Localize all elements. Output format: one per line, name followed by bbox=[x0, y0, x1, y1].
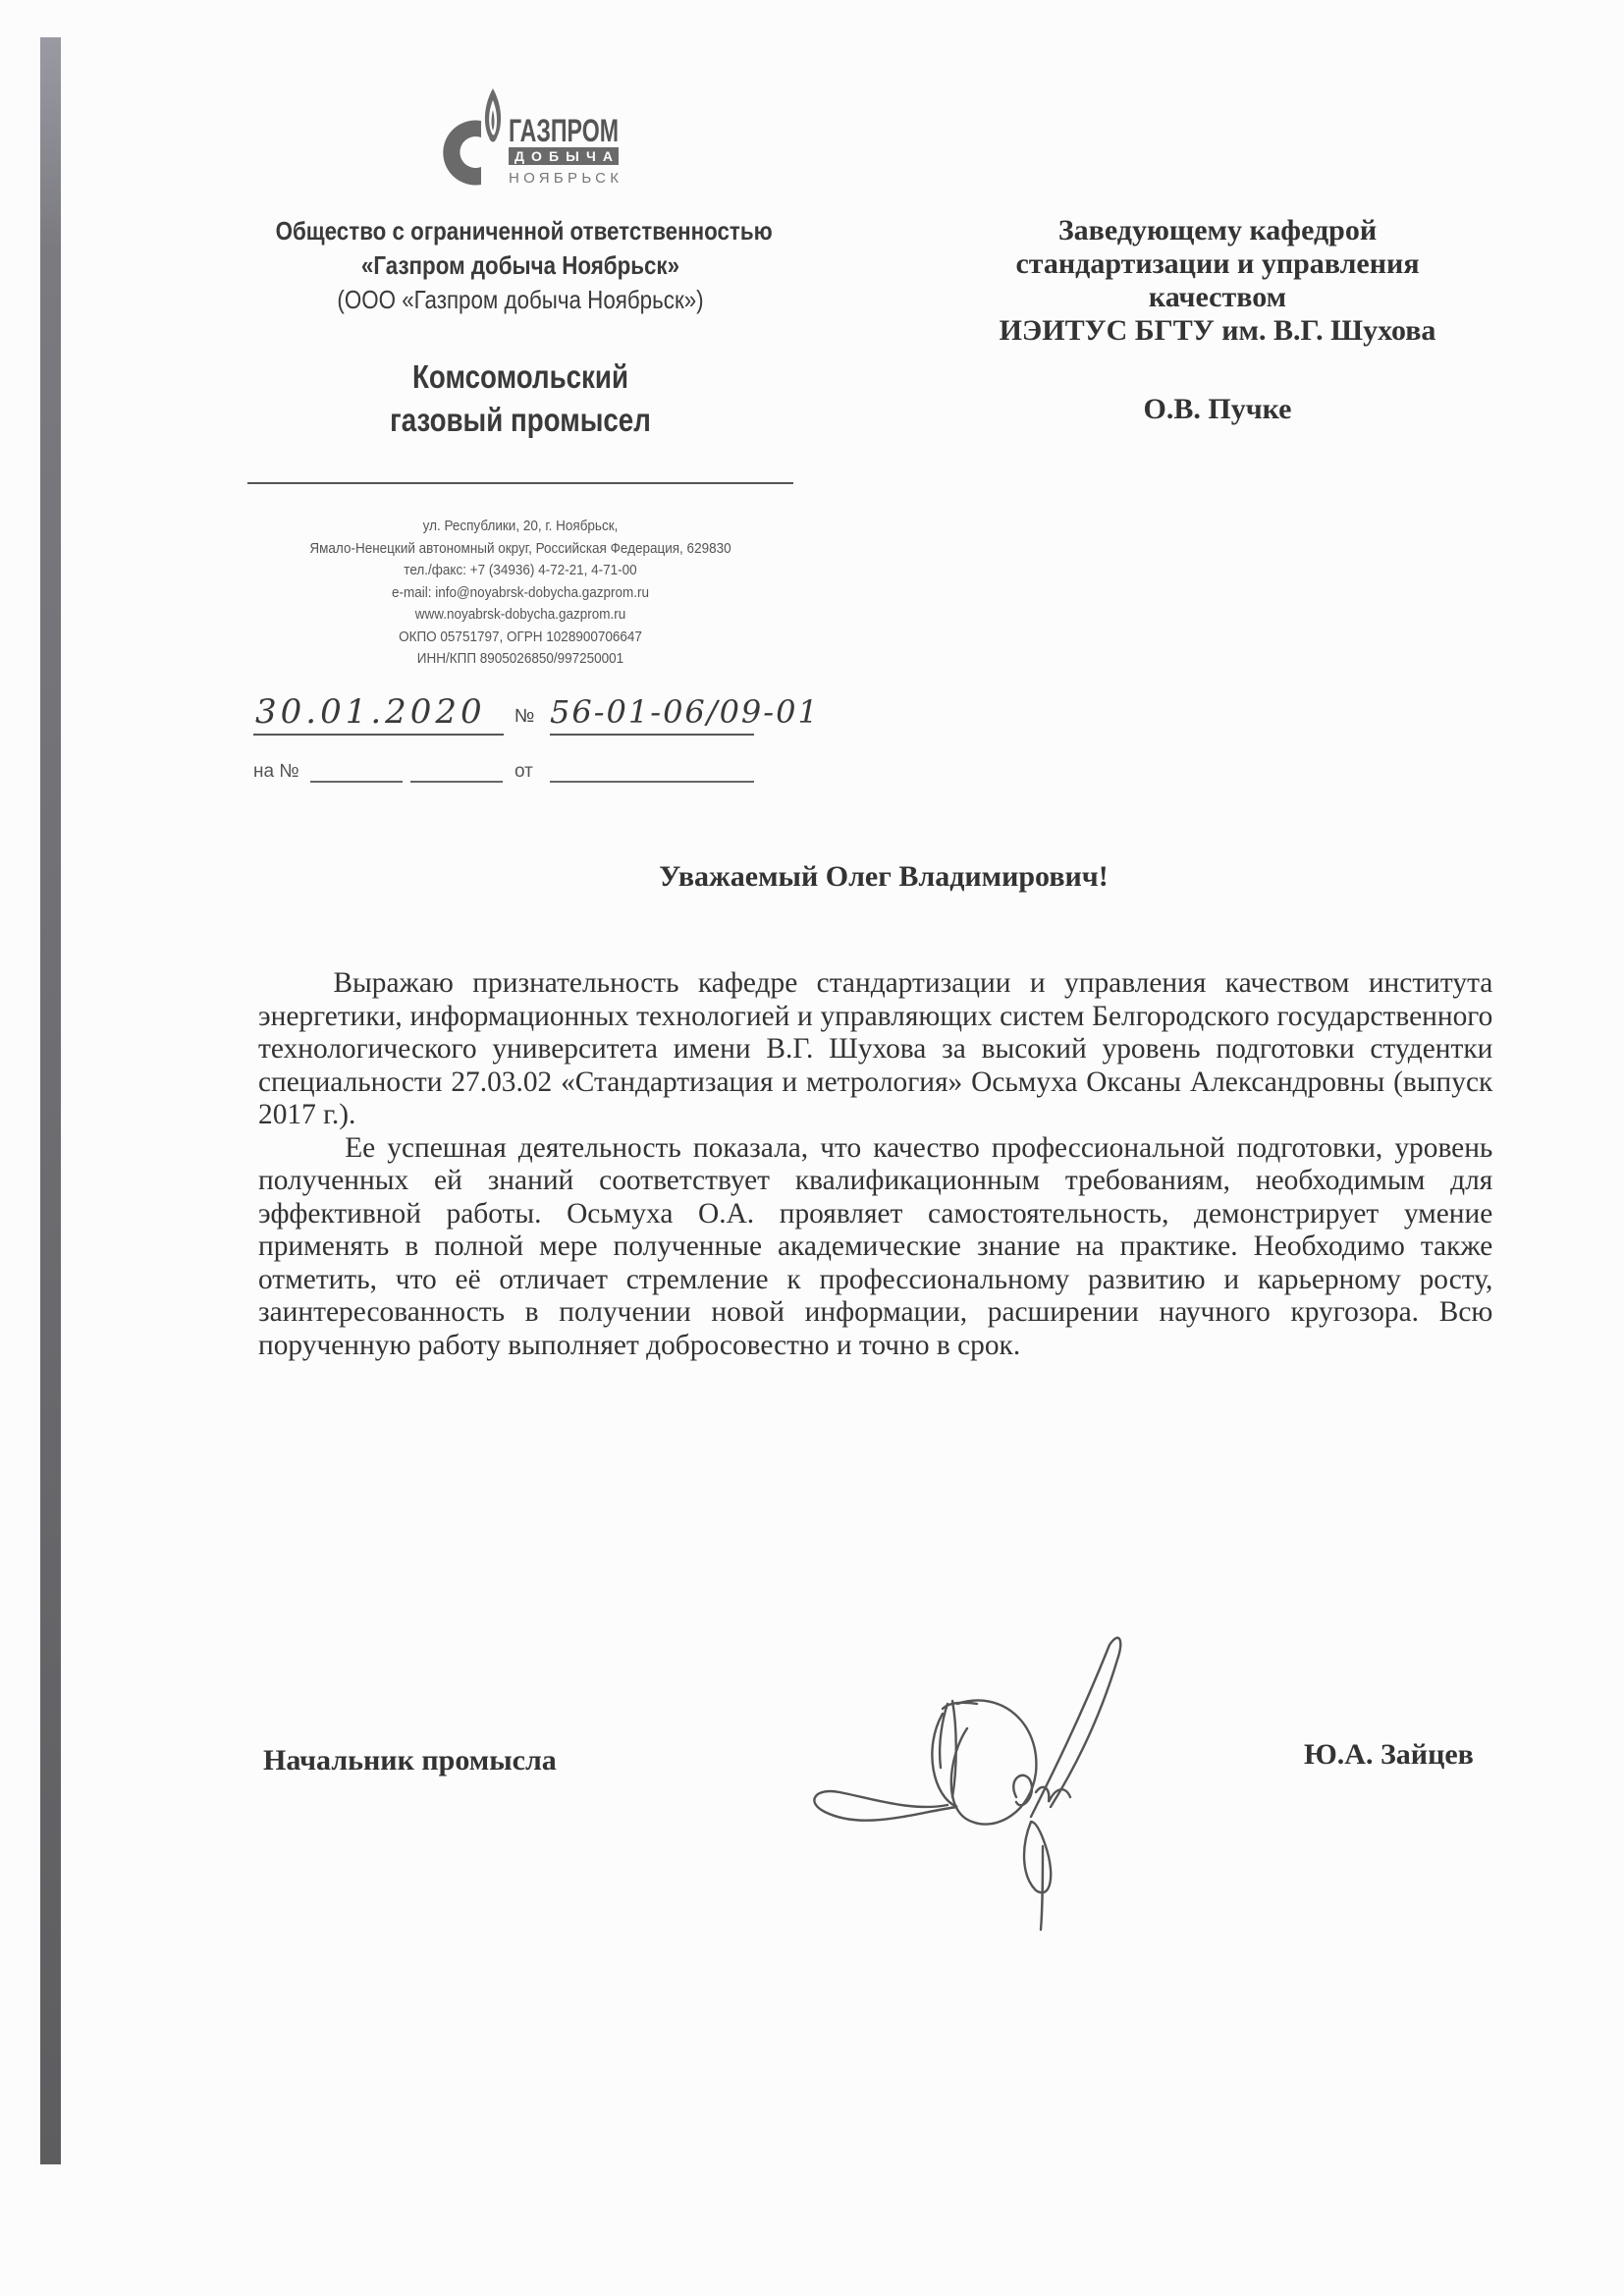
header-divider bbox=[247, 482, 793, 484]
addressee-block: Заведующему кафедрой стандартизации и уп… bbox=[913, 214, 1522, 426]
organization-name: Общество с ограниченной ответственностью… bbox=[236, 214, 805, 317]
signatory-title: Начальник промысла bbox=[263, 1744, 557, 1777]
gazprom-flame-logo-icon: ГАЗПРОМ ДОБЫЧА НОЯБРЬСК bbox=[422, 77, 628, 194]
letter-page: ГАЗПРОМ ДОБЫЧА НОЯБРЬСК Общество с огран… bbox=[0, 0, 1624, 2296]
handwritten-signature-icon bbox=[785, 1611, 1139, 1935]
addressee-name: О.В. Пучке bbox=[913, 393, 1522, 426]
contact-okpo-ogrn: ОКПО 05751797, ОГРН 1028900706647 bbox=[273, 627, 768, 649]
contact-details: ул. Республики, 20, г. Ноябрьск, Ямало-Н… bbox=[245, 516, 795, 671]
registration-number-label: № bbox=[514, 706, 534, 728]
salutation: Уважаемый Олег Владимирович! bbox=[236, 860, 1532, 894]
addressee-line-1: Заведующему кафедрой bbox=[913, 214, 1522, 247]
body-paragraph-1: Выражаю признательность кафедре стандарт… bbox=[258, 966, 1492, 1131]
gazprom-logo: ГАЗПРОМ ДОБЫЧА НОЯБРЬСК bbox=[422, 77, 628, 194]
contact-website: www.noyabrsk-dobycha.gazprom.ru bbox=[273, 604, 768, 627]
contact-email: e-mail: info@noyabrsk-dobycha.gazprom.ru bbox=[273, 582, 768, 605]
unit-line-1: Комсомольский bbox=[281, 355, 759, 399]
letter-body: Выражаю признательность кафедре стандарт… bbox=[258, 966, 1492, 1361]
registration-date: 30.01.2020 bbox=[253, 690, 504, 736]
svg-text:ГАЗПРОМ: ГАЗПРОМ bbox=[509, 113, 619, 148]
signatory-name: Ю.А. Зайцев bbox=[1304, 1738, 1474, 1772]
addressee-line-4: ИЭИТУС БГТУ им. В.Г. Шухова bbox=[913, 314, 1522, 348]
org-line-full: Общество с ограниченной ответственностью bbox=[276, 214, 766, 248]
reference-number-blank-2 bbox=[410, 781, 503, 783]
svg-text:НОЯБРЬСК: НОЯБРЬСК bbox=[509, 170, 619, 187]
reference-from-label: от bbox=[514, 761, 533, 783]
contact-phone: тел./факс: +7 (34936) 4-72-21, 4-71-00 bbox=[273, 560, 768, 582]
contact-address: ул. Республики, 20, г. Ноябрьск, bbox=[273, 516, 768, 538]
contact-inn-kpp: ИНН/КПП 8905026850/997250001 bbox=[273, 648, 768, 671]
reference-row: на № от bbox=[253, 759, 803, 789]
org-line-short: (ООО «Газпром добыча Ноябрьск») bbox=[276, 283, 766, 317]
addressee-line-3: качеством bbox=[913, 281, 1522, 314]
registration-number: 56-01-06/09-01 bbox=[550, 690, 754, 736]
unit-name: Комсомольский газовый промысел bbox=[236, 355, 805, 442]
org-line-brand: «Газпром добыча Ноябрьск» bbox=[276, 248, 766, 283]
reference-from-blank bbox=[550, 781, 754, 783]
contact-region: Ямало-Ненецкий автономный округ, Российс… bbox=[273, 538, 768, 561]
reference-number-blank bbox=[310, 781, 403, 783]
reference-number-label: на № bbox=[253, 761, 299, 783]
unit-line-2: газовый промысел bbox=[281, 399, 759, 442]
registration-row: 30.01.2020 № 56-01-06/09-01 bbox=[253, 690, 803, 739]
scan-edge-shadow bbox=[40, 37, 61, 2164]
addressee-line-2: стандартизации и управления bbox=[913, 247, 1522, 281]
body-paragraph-2: Ее успешная деятельность показала, что к… bbox=[258, 1131, 1492, 1362]
